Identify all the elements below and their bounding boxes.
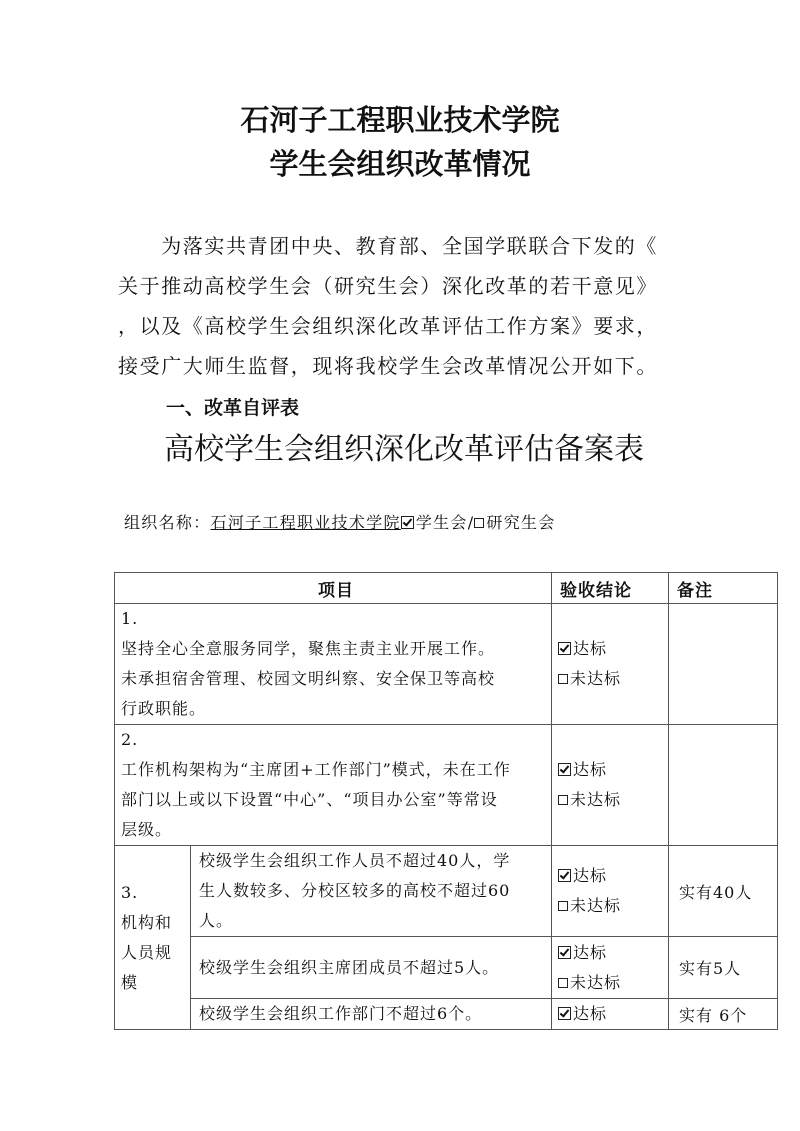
item-text: 行政职能。	[121, 694, 551, 724]
item-number: 2.	[121, 725, 551, 755]
document-title-line1: 石河子工程职业技术学院	[0, 98, 800, 139]
result-cell: 达标	[552, 999, 669, 1030]
group-label: 人员规	[121, 938, 190, 968]
fail-option[interactable]: 未达标	[558, 785, 668, 815]
pass-option[interactable]: 达标	[558, 861, 668, 891]
table-row: 2. 工作机构架构为“主席团+工作部门”模式，未在工作 部门以上或以下设置“中心…	[115, 725, 778, 846]
pass-label: 达标	[573, 866, 607, 885]
checkbox-checked-icon[interactable]	[558, 869, 571, 882]
item-cell: 校级学生会组织工作部门不超过6个。	[191, 999, 552, 1030]
org-name: 石河子工程职业技术学院	[211, 513, 401, 532]
intro-paragraph: 为落实共青团中央、教育部、全国学联联合下发的《 关于推动高校学生会（研究生会）深…	[118, 226, 678, 386]
fail-label: 未达标	[570, 790, 621, 809]
item-text: 校级学生会组织工作人员不超过40人，学	[199, 846, 551, 876]
item-text: 生人数较多、分校区较多的高校不超过60	[199, 876, 551, 906]
item-cell: 校级学生会组织主席团成员不超过5人。	[191, 937, 552, 999]
pass-label: 达标	[573, 760, 607, 779]
fail-label: 未达标	[570, 896, 621, 915]
group-number: 3.	[121, 878, 190, 908]
form-title: 高校学生会组织深化改革评估备案表	[164, 424, 644, 468]
checkbox-checked-icon[interactable]	[558, 946, 571, 959]
pass-option[interactable]: 达标	[558, 999, 668, 1029]
checkbox-empty-icon[interactable]	[558, 901, 568, 911]
fail-option[interactable]: 未达标	[558, 891, 668, 921]
table-row: 3. 机构和 人员规 模 校级学生会组织工作人员不超过40人，学 生人数较多、分…	[115, 846, 778, 937]
checkbox-checked-icon[interactable]	[401, 516, 414, 529]
checkbox-checked-icon[interactable]	[558, 763, 571, 776]
checkbox-empty-icon[interactable]	[558, 978, 568, 988]
item-text: 层级。	[121, 815, 551, 845]
org-label: 组织名称：	[124, 513, 211, 532]
note-cell	[669, 604, 778, 725]
intro-line: 接受广大师生监督，现将我校学生会改革情况公开如下。	[118, 346, 678, 386]
group-label-cell: 3. 机构和 人员规 模	[115, 846, 191, 1030]
result-cell: 达标 未达标	[552, 937, 669, 999]
fail-option[interactable]: 未达标	[558, 968, 668, 998]
group-label: 模	[121, 968, 190, 998]
option-grad-union: 研究生会	[486, 513, 555, 532]
table-header-row: 项目 验收结论 备注	[115, 573, 778, 604]
pass-label: 达标	[573, 639, 607, 658]
assessment-table: 项目 验收结论 备注 1. 坚持全心全意服务同学，聚焦主责主业开展工作。 未承担…	[114, 572, 778, 1030]
org-name-line: 组织名称：石河子工程职业技术学院学生会/研究生会	[124, 510, 556, 533]
checkbox-empty-icon[interactable]	[558, 674, 568, 684]
header-item: 项目	[115, 573, 552, 604]
option-student-union: 学生会/	[416, 513, 475, 532]
item-text: 坚持全心全意服务同学，聚焦主责主业开展工作。	[121, 634, 551, 664]
result-cell: 达标 未达标	[552, 725, 669, 846]
checkbox-empty-icon[interactable]	[558, 795, 568, 805]
result-cell: 达标 未达标	[552, 604, 669, 725]
item-text: 人。	[199, 906, 551, 936]
pass-option[interactable]: 达标	[558, 938, 668, 968]
fail-label: 未达标	[570, 973, 621, 992]
header-note: 备注	[669, 573, 778, 604]
intro-line: ，以及《高校学生会组织深化改革评估工作方案》要求，	[118, 306, 678, 346]
fail-option[interactable]: 未达标	[558, 664, 668, 694]
table-row: 1. 坚持全心全意服务同学，聚焦主责主业开展工作。 未承担宿舍管理、校园文明纠察…	[115, 604, 778, 725]
item-cell: 2. 工作机构架构为“主席团+工作部门”模式，未在工作 部门以上或以下设置“中心…	[115, 725, 552, 846]
note-cell: 实有 6个	[669, 999, 778, 1030]
checkbox-checked-icon[interactable]	[558, 642, 571, 655]
item-text: 部门以上或以下设置“中心”、“项目办公室”等常设	[121, 785, 551, 815]
item-number: 1.	[121, 604, 551, 634]
intro-line: 关于推动高校学生会（研究生会）深化改革的若干意见》	[118, 266, 678, 306]
note-cell: 实有40人	[669, 846, 778, 937]
pass-label: 达标	[573, 1004, 607, 1023]
checkbox-checked-icon[interactable]	[558, 1007, 571, 1020]
pass-option[interactable]: 达标	[558, 634, 668, 664]
note-cell	[669, 725, 778, 846]
group-label: 机构和	[121, 908, 190, 938]
pass-option[interactable]: 达标	[558, 755, 668, 785]
document-title-line2: 学生会组织改革情况	[0, 142, 800, 183]
item-text: 未承担宿舍管理、校园文明纠察、安全保卫等高校	[121, 664, 551, 694]
item-text: 校级学生会组织主席团成员不超过5人。	[199, 953, 551, 983]
item-cell: 1. 坚持全心全意服务同学，聚焦主责主业开展工作。 未承担宿舍管理、校园文明纠察…	[115, 604, 552, 725]
pass-label: 达标	[573, 943, 607, 962]
section-heading: 一、改革自评表	[166, 393, 299, 420]
note-cell: 实有5人	[669, 937, 778, 999]
item-cell: 校级学生会组织工作人员不超过40人，学 生人数较多、分校区较多的高校不超过60 …	[191, 846, 552, 937]
header-result: 验收结论	[552, 573, 669, 604]
table-row: 校级学生会组织主席团成员不超过5人。 达标 未达标 实有5人	[115, 937, 778, 999]
item-text: 校级学生会组织工作部门不超过6个。	[199, 999, 551, 1029]
checkbox-empty-icon[interactable]	[474, 518, 484, 528]
table-row: 校级学生会组织工作部门不超过6个。 达标 实有 6个	[115, 999, 778, 1030]
result-cell: 达标 未达标	[552, 846, 669, 937]
fail-label: 未达标	[570, 669, 621, 688]
item-text: 工作机构架构为“主席团+工作部门”模式，未在工作	[121, 755, 551, 785]
intro-line: 为落实共青团中央、教育部、全国学联联合下发的《	[118, 226, 678, 266]
